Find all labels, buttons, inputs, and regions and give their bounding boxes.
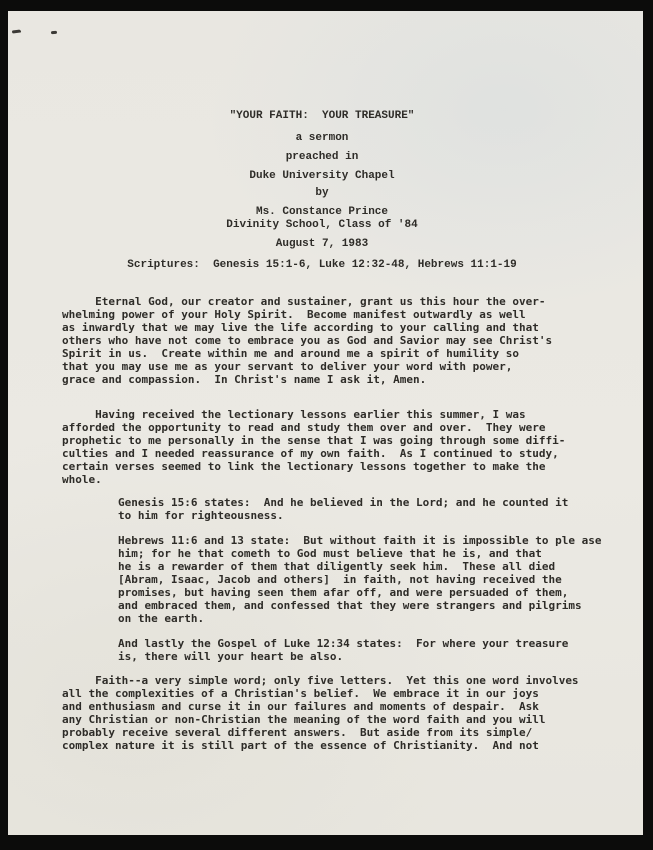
ink-speck bbox=[51, 31, 57, 35]
document-subtitle: a sermon bbox=[8, 132, 636, 145]
paragraph-faith-reflection: Faith--a very simple word; only five let… bbox=[62, 674, 579, 752]
pen-tick-mark bbox=[12, 29, 21, 33]
author-name: Ms. Constance Prince bbox=[8, 206, 636, 219]
byline-word: by bbox=[8, 187, 636, 200]
document-title: "YOUR FAITH: YOUR TREASURE" bbox=[8, 110, 636, 123]
paragraph-luke-quote: And lastly the Gospel of Luke 12:34 stat… bbox=[118, 637, 568, 663]
venue-line: Duke University Chapel bbox=[8, 170, 636, 183]
scriptures-line: Scriptures: Genesis 15:1-6, Luke 12:32-4… bbox=[8, 259, 636, 272]
paragraph-genesis-quote: Genesis 15:6 states: And he believed in … bbox=[118, 496, 568, 522]
author-affiliation: Divinity School, Class of '84 bbox=[8, 219, 636, 232]
paragraph-hebrews-quote: Hebrews 11:6 and 13 state: But without f… bbox=[118, 534, 601, 625]
sermon-date: August 7, 1983 bbox=[8, 238, 636, 251]
scanned-document-page: "YOUR FAITH: YOUR TREASURE" a sermon pre… bbox=[0, 0, 653, 850]
paragraph-lectionary-introduction: Having received the lectionary lessons e… bbox=[62, 408, 565, 486]
preached-in-line: preached in bbox=[8, 151, 636, 164]
paragraph-opening-prayer: Eternal God, our creator and sustainer, … bbox=[62, 295, 552, 386]
paper-sheet: "YOUR FAITH: YOUR TREASURE" a sermon pre… bbox=[8, 11, 643, 835]
